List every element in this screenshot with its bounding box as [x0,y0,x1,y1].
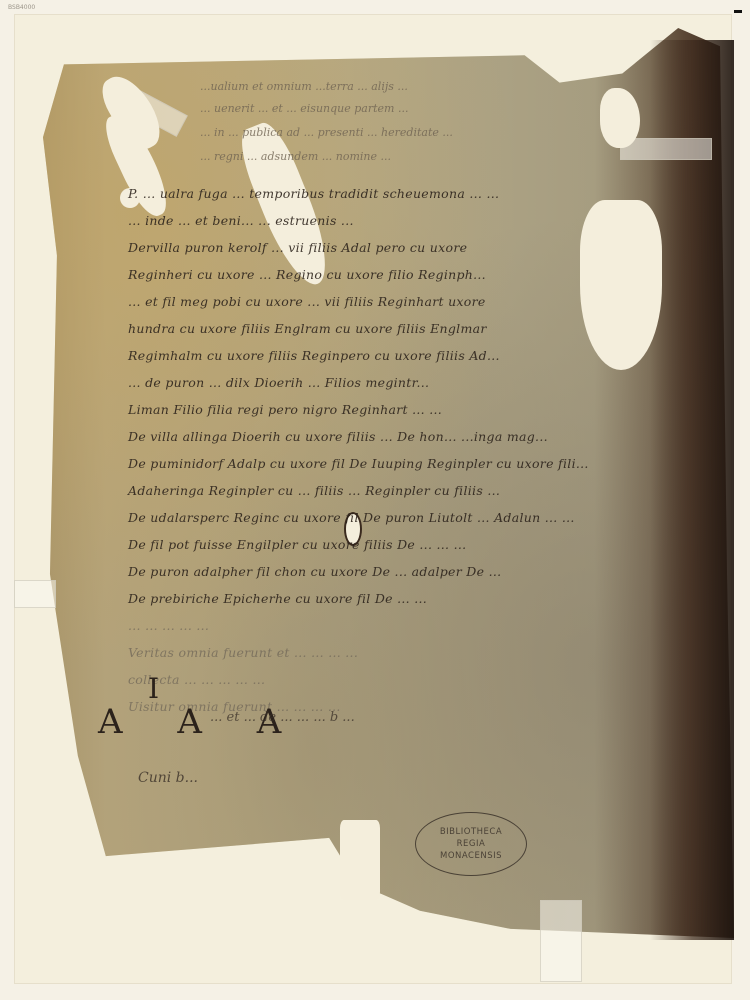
stamp-line: BIBLIOTHECA [440,826,502,838]
manuscript-initial-i: I [148,672,159,705]
manuscript-bottom-note: Cuni b... [138,770,198,786]
manuscript-line: ... inde ... et beni... ... estruenis ..… [128,207,708,234]
parchment-hole [340,820,380,900]
manuscript-text-block: P. ... ualra fuga ... temporibus tradidi… [128,180,708,720]
manuscript-line: De villa allinga Dioerih cu uxore filiis… [128,423,708,450]
manuscript-line: Regimhalm cu uxore filiis Reginpero cu u… [128,342,708,369]
manuscript-faint-line: ... regni ... adsundem ... nomine ... [200,150,640,163]
manuscript-line: Reginheri cu uxore ... Regino cu uxore f… [128,261,708,288]
stamp-line: REGIA [457,838,486,850]
edge-mark [734,10,742,13]
manuscript-faint-line: collecta ... ... ... ... ... [128,666,708,693]
manuscript-line: De fil pot fuisse Engilpler cu uxore fil… [128,531,708,558]
tape-strip [14,580,56,608]
manuscript-faint-line: ...ualium et omnium ...terra ... alijs .… [200,80,640,93]
corner-label: BSB4000 [8,4,35,11]
library-stamp: BIBLIOTHECA REGIA MONACENSIS [415,812,527,876]
manuscript-line: P. ... ualra fuga ... temporibus tradidi… [128,180,708,207]
manuscript-line: De prebiriche Epicherhe cu uxore fil De … [128,585,708,612]
manuscript-line: Dervilla puron kerolf ... vii filiis Ada… [128,234,708,261]
stamp-line: MONACENSIS [440,850,502,862]
manuscript-faint-line: Veritas omnia fuerunt et ... ... ... ... [128,639,708,666]
manuscript-faint-line: ... in ... publica ad ... presenti ... h… [200,126,640,139]
manuscript-line: Liman Filio filia regi pero nigro Reginh… [128,396,708,423]
photo-frame: BSB4000 ...ualium et omnium ...terra ...… [0,0,750,1000]
manuscript-signature-line: ... et ... de ... ... ... b ... [210,710,355,725]
manuscript-faint-line: ... uenerit ... et ... eisunque partem .… [200,102,640,115]
manuscript-line: ... et fil meg pobi cu uxore ... vii fil… [128,288,708,315]
manuscript-line: ... de puron ... dilx Dioerih ... Filios… [128,369,708,396]
manuscript-line: hundra cu uxore filiis Englram cu uxore … [128,315,708,342]
manuscript-line: De puminidorf Adalp cu uxore fil De Iuup… [128,450,708,477]
manuscript-line: De puron adalpher fil chon cu uxore De .… [128,558,708,585]
tape-strip [540,900,582,982]
manuscript-line: Adaheringa Reginpler cu ... filiis ... R… [128,477,708,504]
manuscript-faint-line: ... ... ... ... ... [128,612,708,639]
manuscript-line: De udalarsperc Reginc cu uxore fil De pu… [128,504,708,531]
